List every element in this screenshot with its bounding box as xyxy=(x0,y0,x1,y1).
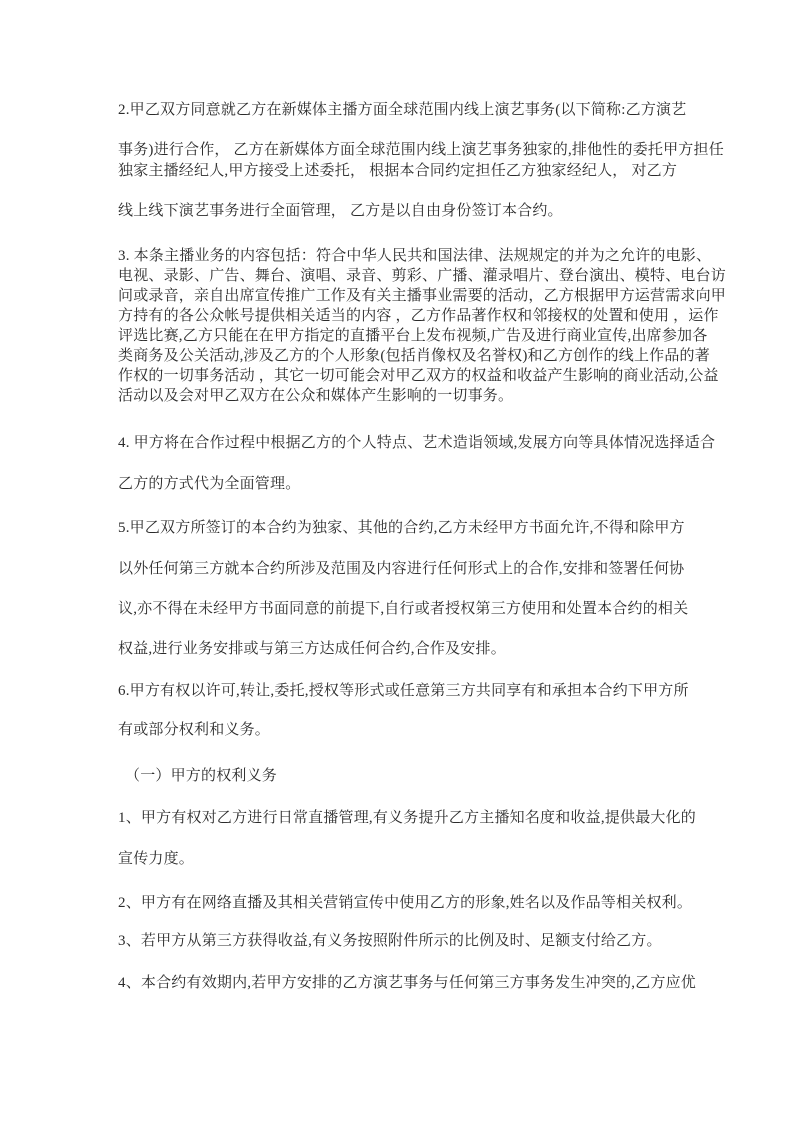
text-line: 2、甲方有在网络直播及其相关营销宣传中使用乙方的形象,姓名以及作品等相关权利。 xyxy=(118,893,692,913)
text-line: 线上线下演艺事务进行全面管理， 乙方是以自由身份签订本合约。 xyxy=(118,201,563,221)
text-line: 电视、录影、广告、舞台、演唱、录音、剪彩、广播、灌录唱片、登台演出、模特、电台访 xyxy=(118,266,726,286)
text-line: 5.甲乙双方所签订的本合约为独家、其他的合约,乙方未经甲方书面允许,不得和除甲方 xyxy=(118,518,685,538)
text-line: 3、若甲方从第三方获得收益,有义务按照附件所示的比例及时、足额支付给乙方。 xyxy=(118,931,662,951)
text-line: 6.甲方有权以许可,转让,委托,授权等形式或任意第三方共同享有和承担本合约下甲方… xyxy=(118,681,689,701)
text-line: 4、本合约有效期内,若甲方安排的乙方演艺事务与任何第三方事务发生冲突的,乙方应优 xyxy=(118,973,696,993)
text-line: 权益,进行业务安排或与第三方达成任何合约,合作及安排。 xyxy=(118,639,506,659)
text-line: 以外任何第三方就本合约所涉及范围及内容进行任何形式上的合作,安排和签署任何协 xyxy=(118,559,684,579)
text-line: 乙方的方式代为全面管理。 xyxy=(118,474,300,494)
text-line: 评选比赛,乙方只能在在甲方指定的直播平台上发布视频,广告及进行商业宣传,出席参加… xyxy=(118,326,707,346)
text-line: 事务)进行合作， 乙方在新媒体方面全球范围内线上演艺事务独家的,排他性的委托甲方… xyxy=(118,140,724,160)
text-line: 问或录音，亲自出席宣传推广工作及有关主播事业需要的活动，乙方根据甲方运营需求向甲 xyxy=(118,286,726,306)
text-line: 2.甲乙双方同意就乙方在新媒体主播方面全球范围内线上演艺事务(以下简称:乙方演艺 xyxy=(118,100,686,120)
text-line: 有或部分权利和义务。 xyxy=(118,720,270,740)
text-line: 议,亦不得在未经甲方书面同意的前提下,自行或者授权第三方使用和处置本合约的相关 xyxy=(118,599,688,619)
text-line: 独家主播经纪人,甲方接受上述委托， 根据本合同约定担任乙方独家经纪人， 对乙方 xyxy=(118,161,677,181)
text-line: 4. 甲方将在合作过程中根据乙方的个人特点、艺术造诣领域,发展方向等具体情况选择… xyxy=(118,433,715,453)
text-line: 宣传力度。 xyxy=(118,849,194,869)
text-line: 1、甲方有权对乙方进行日常直播管理,有义务提升乙方主播知名度和收益,提供最大化的 xyxy=(118,808,696,828)
text-line: 活动以及会对甲乙双方在公众和媒体产生影响的一切事务。 xyxy=(118,386,513,406)
text-line: 方持有的各公众帐号提供相关适当的内容 ，乙方作品著作权和邻接权的处置和使用 ，运… xyxy=(118,306,719,326)
text-line: 作权的一切事务活动 ，其它一切可能会对甲乙双方的权益和收益产生影响的商业活动,公… xyxy=(118,366,719,386)
section-heading: （一）甲方的权利义务 xyxy=(125,766,277,786)
contract-document-page: 2.甲乙双方同意就乙方在新媒体主播方面全球范围内线上演艺事务(以下简称:乙方演艺… xyxy=(0,0,793,1122)
text-line: 类商务及公关活动,涉及乙方的个人形象(包括肖像权及名誉权)和乙方创作的线上作品的… xyxy=(118,346,710,366)
text-line: 3. 本条主播业务的内容包括：符合中华人民共和国法律、法规规定的并为之允许的电影… xyxy=(118,246,711,266)
